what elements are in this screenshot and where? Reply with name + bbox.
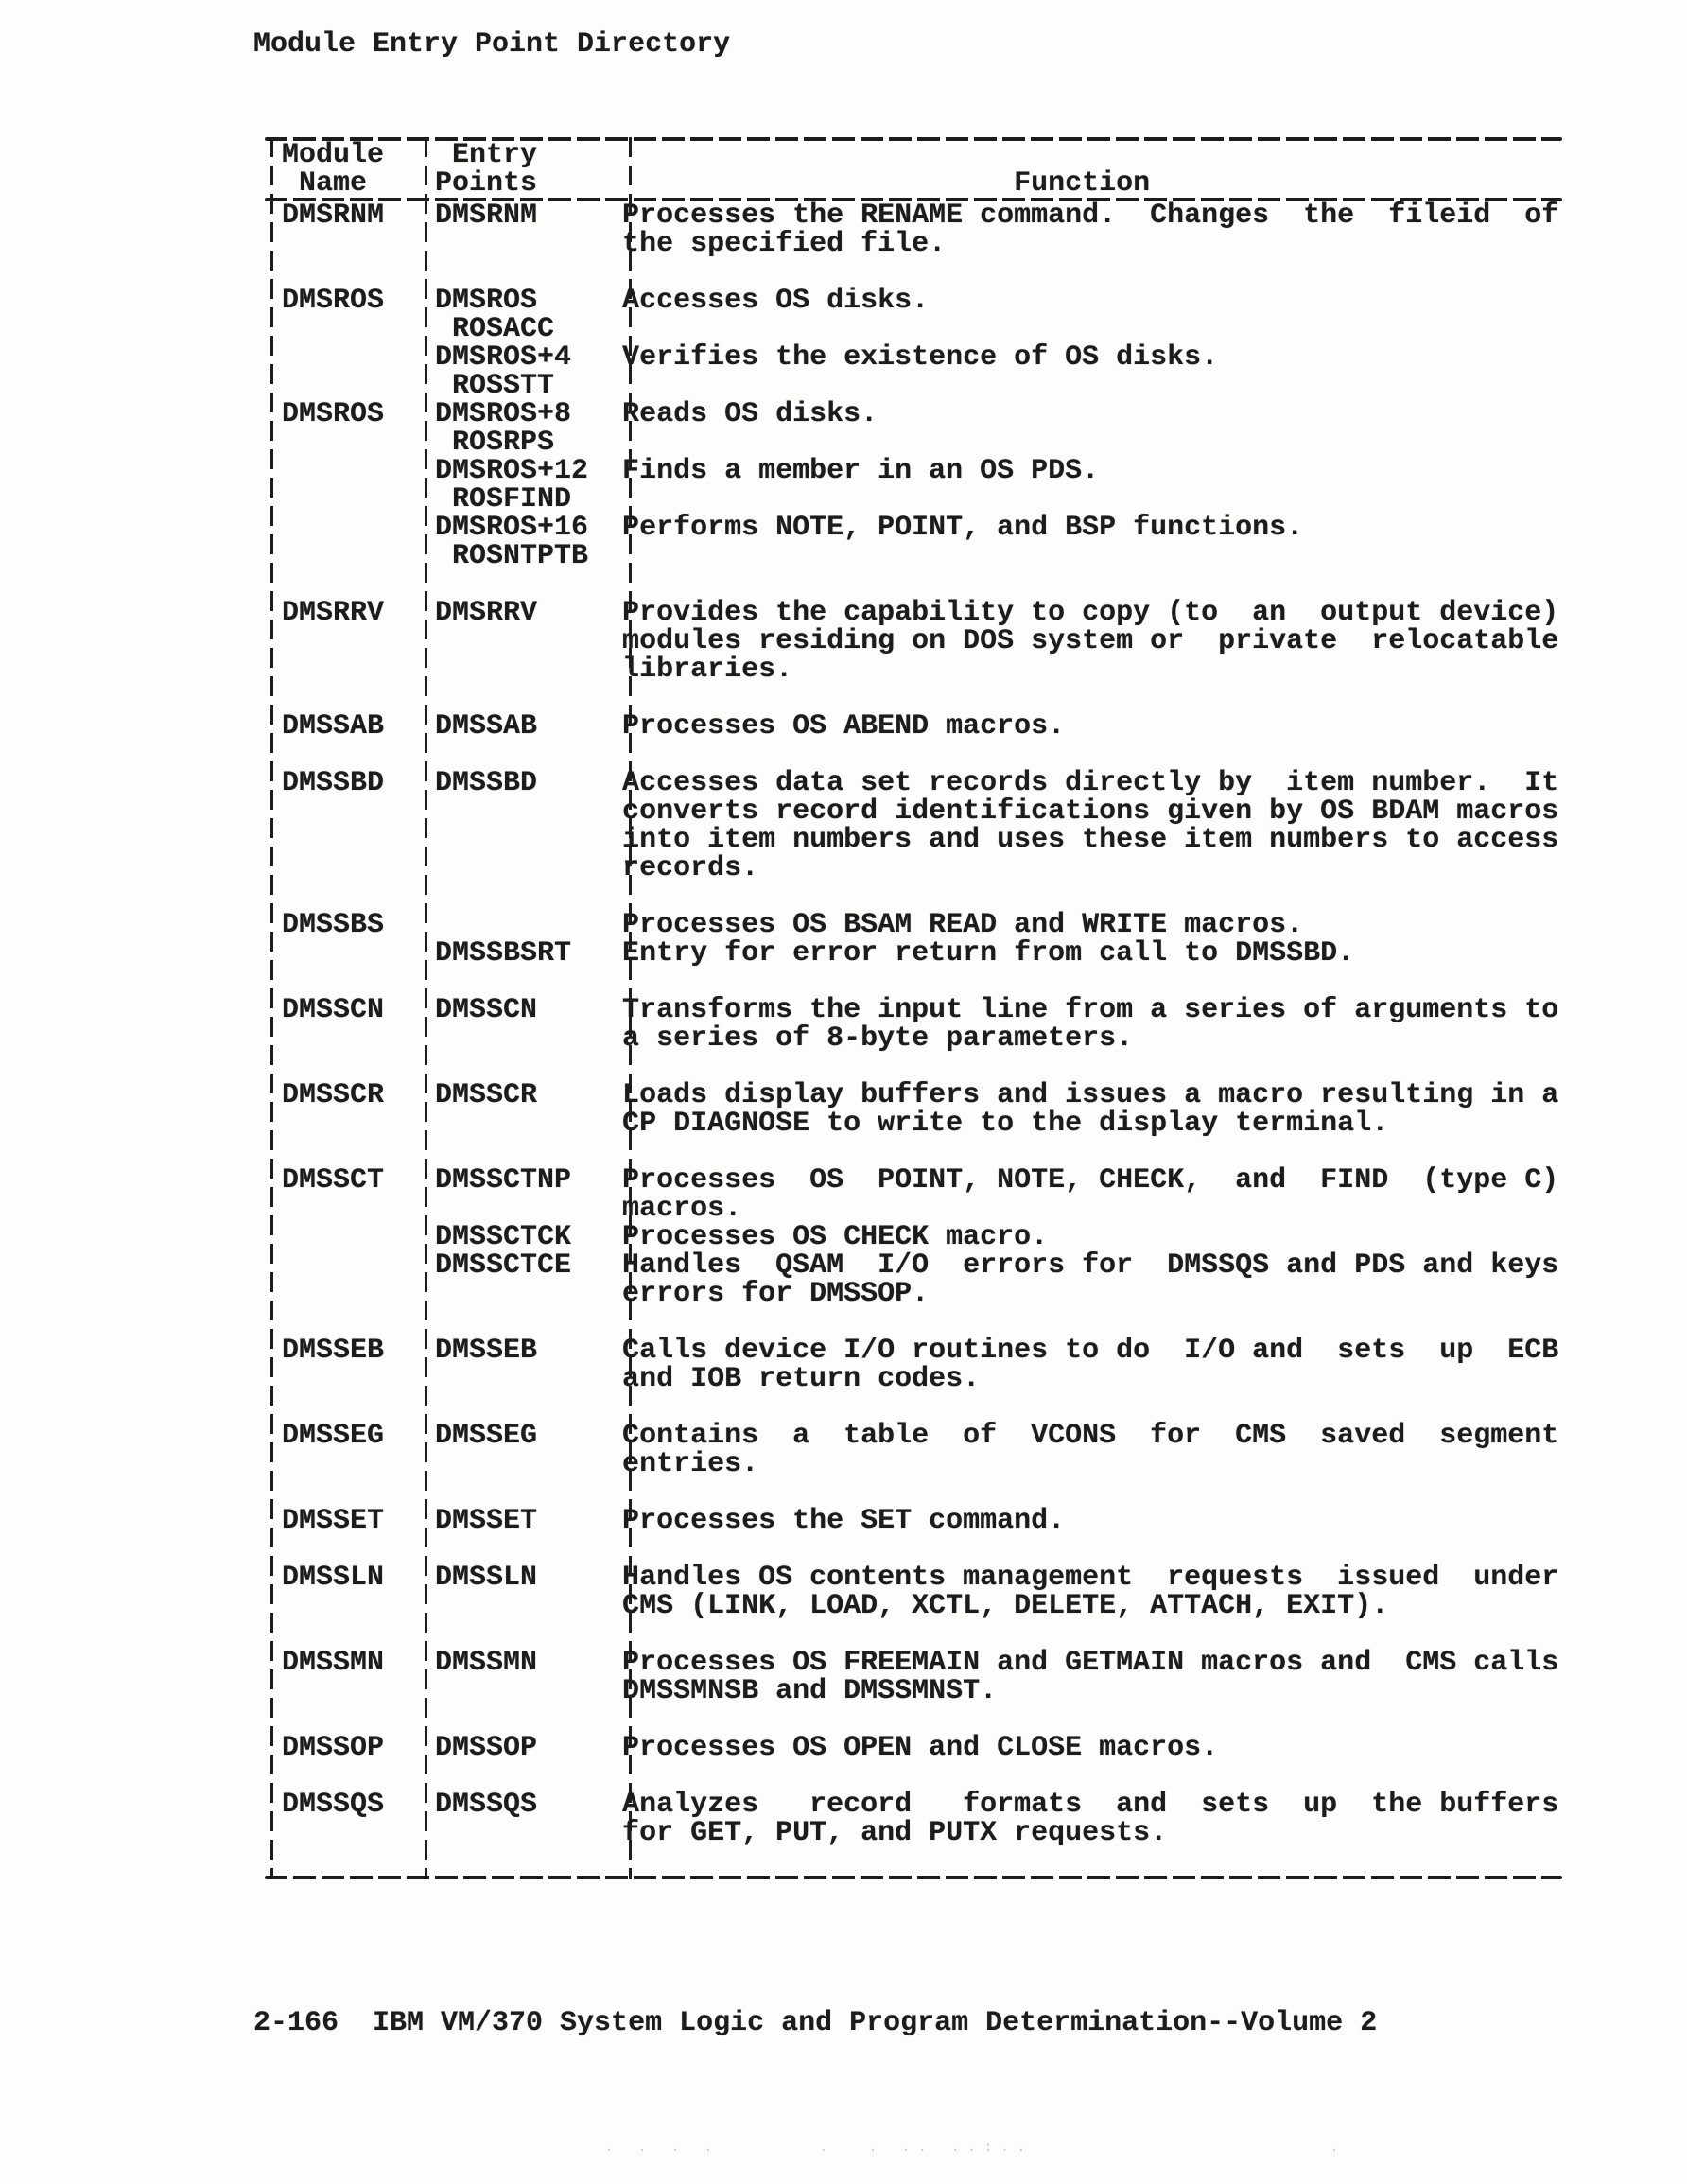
- table-line: DMSSCR DMSSCR Loads display buffers and …: [265, 1081, 1575, 1109]
- table-line: DMSROS+4 Verifies the existence of OS di…: [265, 343, 1575, 372]
- table-line: [265, 968, 1575, 996]
- table-line: [265, 1847, 1575, 1876]
- table-line: for GET, PUT, and PUTX requests.: [265, 1819, 1575, 1847]
- table-line: ROSFIND: [265, 485, 1575, 514]
- table-line: DMSSLN DMSSLN Handles OS contents manage…: [265, 1564, 1575, 1592]
- scanned-page: Module Entry Point Directory Module Entr…: [0, 0, 1687, 2184]
- module-entry-point-table: Module Entry Name Points Function DMSRNM…: [265, 137, 1575, 1879]
- table-line: errors for DMSSOP.: [265, 1280, 1575, 1308]
- table-line: the specified file.: [265, 230, 1575, 258]
- table-line: DMSSCT DMSSCTNP Processes OS POINT, NOTE…: [265, 1166, 1575, 1195]
- table-line: ROSRPS: [265, 428, 1575, 457]
- table-header-line: Name Points Function: [265, 169, 1575, 198]
- table-line: DMSSCN DMSSCN Transforms the input line …: [265, 996, 1575, 1024]
- page-footer: 2-166 IBM VM/370 System Logic and Progra…: [253, 2009, 1377, 2037]
- table-line: DMSSBS Processes OS BSAM READ and WRITE …: [265, 911, 1575, 939]
- table-line: DMSSQS DMSSQS Analyzes record formats an…: [265, 1791, 1575, 1819]
- table-line: modules residing on DOS system or privat…: [265, 627, 1575, 655]
- table-line: DMSRRV DMSRRV Provides the capability to…: [265, 599, 1575, 627]
- table-line: DMSSMN DMSSMN Processes OS FREEMAIN and …: [265, 1649, 1575, 1677]
- table-line: DMSSMNSB and DMSSMNST.: [265, 1677, 1575, 1705]
- table-line: [265, 882, 1575, 911]
- table-line: DMSSCTCE Handles QSAM I/O errors for DMS…: [265, 1251, 1575, 1280]
- table-line: ROSSTT: [265, 372, 1575, 400]
- table-line: DMSROS+16 Performs NOTE, POINT, and BSP …: [265, 514, 1575, 542]
- table-line: CMS (LINK, LOAD, XCTL, DELETE, ATTACH, E…: [265, 1592, 1575, 1620]
- table-line: [265, 1138, 1575, 1166]
- table-line: [265, 1535, 1575, 1564]
- table-line: DMSROS DMSROS Accesses OS disks.: [265, 287, 1575, 315]
- table-line: [265, 570, 1575, 599]
- table-header-line: Module Entry: [265, 141, 1575, 169]
- table-line: DMSROS+12 Finds a member in an OS PDS.: [265, 457, 1575, 485]
- table-line: records.: [265, 854, 1575, 882]
- table-line: DMSSBD DMSSBD Accesses data set records …: [265, 769, 1575, 797]
- table-line: DMSRNM DMSRNM Processes the RENAME comma…: [265, 201, 1575, 230]
- table-line: [265, 1620, 1575, 1649]
- table-line: converts record identifications given by…: [265, 797, 1575, 826]
- table-line: [265, 1762, 1575, 1791]
- table-line: DMSSET DMSSET Processes the SET command.: [265, 1507, 1575, 1535]
- table-line: [265, 1308, 1575, 1337]
- table-line: [265, 1478, 1575, 1507]
- table-line: CP DIAGNOSE to write to the display term…: [265, 1109, 1575, 1138]
- table-line: into item numbers and uses these item nu…: [265, 826, 1575, 854]
- table-line: and IOB return codes.: [265, 1365, 1575, 1393]
- table-line: DMSSEG DMSSEG Contains a table of VCONS …: [265, 1422, 1575, 1450]
- table-line: ROSACC: [265, 315, 1575, 343]
- table-line: [265, 1053, 1575, 1081]
- table-line: [265, 1393, 1575, 1422]
- table-line: DMSSEB DMSSEB Calls device I/O routines …: [265, 1337, 1575, 1365]
- table-line: [265, 258, 1575, 287]
- table-line: DMSROS DMSROS+8 Reads OS disks.: [265, 400, 1575, 428]
- table-line: entries.: [265, 1450, 1575, 1478]
- table-line: [265, 741, 1575, 769]
- table-line: libraries.: [265, 655, 1575, 684]
- table-line: a series of 8-byte parameters.: [265, 1024, 1575, 1053]
- table-line: macros.: [265, 1195, 1575, 1223]
- table-line: ROSNTPTB: [265, 542, 1575, 570]
- table-line: [265, 1705, 1575, 1734]
- page-title: Module Entry Point Directory: [253, 30, 730, 59]
- table-line: [265, 684, 1575, 712]
- table-line: DMSSOP DMSSOP Processes OS OPEN and CLOS…: [265, 1734, 1575, 1762]
- table-line: DMSSAB DMSSAB Processes OS ABEND macros.: [265, 712, 1575, 741]
- scan-artifacts: . . . . . . .. ..:.. .: [605, 2140, 1347, 2155]
- table-line: DMSSCTCK Processes OS CHECK macro.: [265, 1223, 1575, 1251]
- table-line: DMSSBSRT Entry for error return from cal…: [265, 939, 1575, 968]
